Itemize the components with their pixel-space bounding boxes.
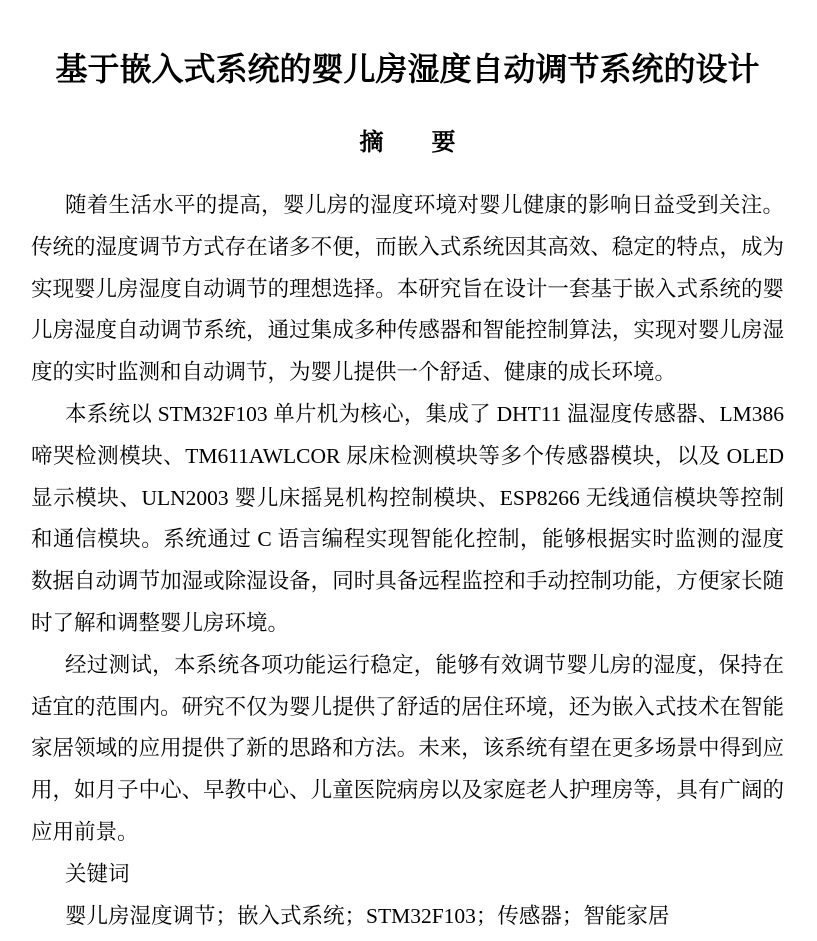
document-page: 基于嵌入式系统的婴儿房湿度自动调节系统的设计 摘 要 随着生活水平的提高，婴儿房…: [0, 0, 817, 941]
abstract-paragraph-3: 经过测试，本系统各项功能运行稳定，能够有效调节婴儿房的湿度，保持在适宜的范围内。…: [31, 645, 784, 854]
document-title: 基于嵌入式系统的婴儿房湿度自动调节系统的设计: [31, 50, 784, 88]
abstract-paragraph-1: 随着生活水平的提高，婴儿房的湿度环境对婴儿健康的影响日益受到关注。传统的湿度调节…: [31, 185, 784, 394]
keywords-text: 婴儿房湿度调节；嵌入式系统；STM32F103；传感器；智能家居: [31, 896, 784, 938]
keywords-label: 关键词: [31, 854, 784, 896]
abstract-paragraph-2: 本系统以 STM32F103 单片机为核心，集成了 DHT11 温湿度传感器、L…: [31, 394, 784, 645]
abstract-heading: 摘 要: [31, 128, 784, 158]
abstract-body: 随着生活水平的提高，婴儿房的湿度环境对婴儿健康的影响日益受到关注。传统的湿度调节…: [31, 185, 784, 937]
